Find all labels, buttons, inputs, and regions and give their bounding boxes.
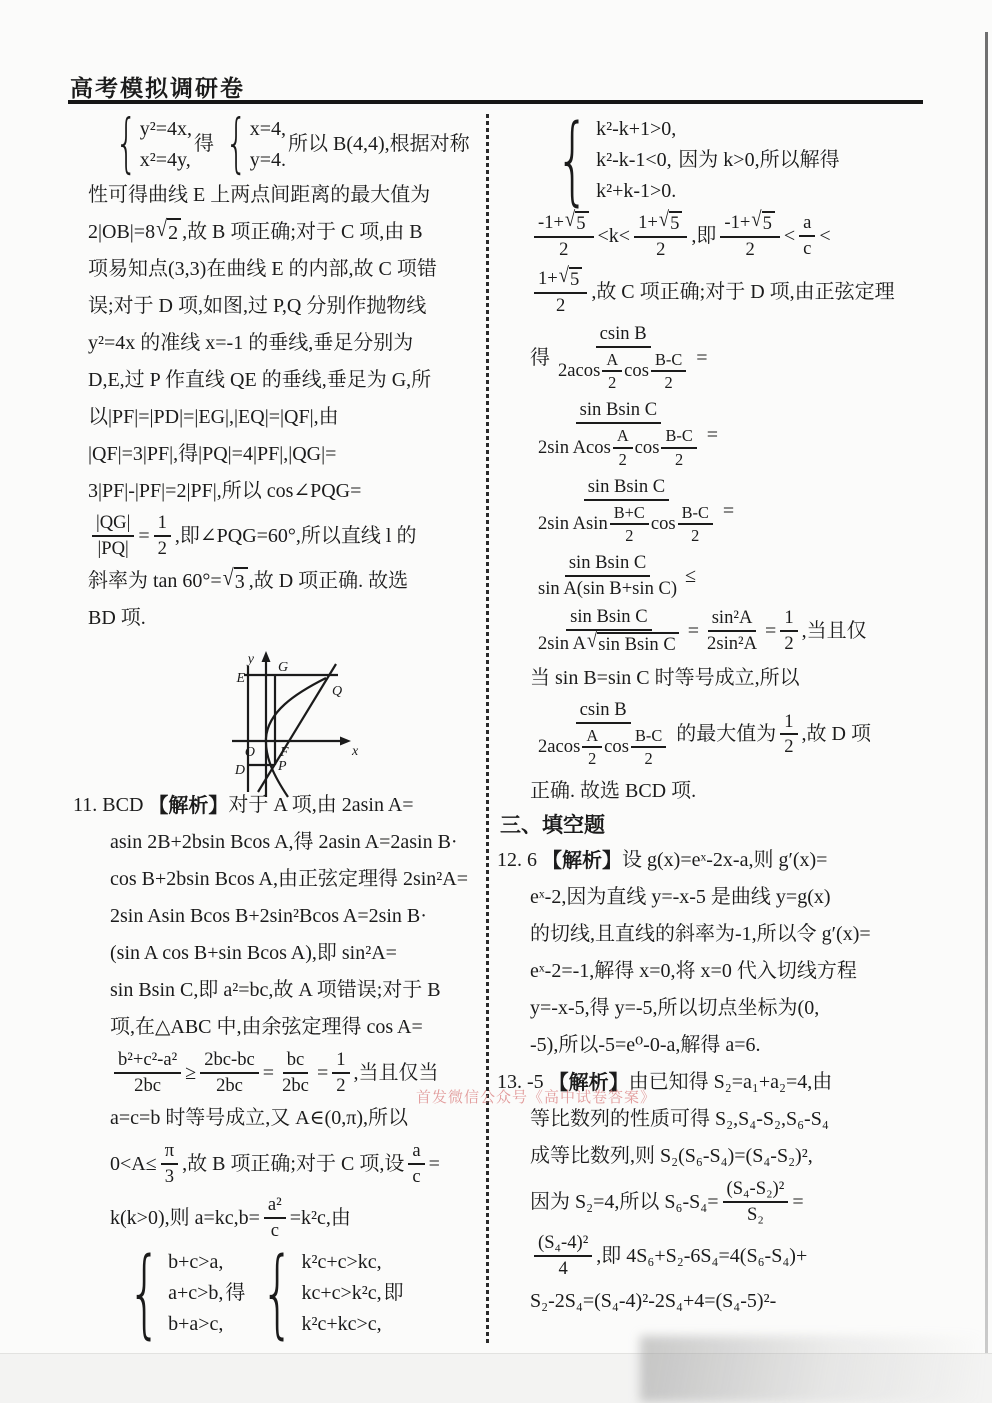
fraction-denominator: 2 — [652, 238, 669, 261]
math-text: ,当且仅 — [802, 618, 867, 644]
fraction-numerator: 1 — [332, 1049, 349, 1074]
fraction: B+C2 — [610, 503, 649, 546]
math-text: 2 — [784, 633, 793, 655]
system-row: y²=4x, — [140, 113, 192, 144]
math-text: 因为 S₂=4,所以 S₆-S₄= — [530, 1189, 719, 1215]
system-row: k²-k+1>0, — [596, 114, 676, 145]
math-text: ,即 4S₆+S₂-6S₄=4(S₆-S₄)+ — [596, 1243, 807, 1269]
figure-label-d: D — [234, 763, 245, 778]
radical-sign: √ — [559, 264, 569, 289]
system-row: k²+k-1>0. — [596, 176, 676, 207]
figure-label-p: P — [277, 759, 287, 774]
fraction-denominator: 2sin AcosA2cosB-C2 — [534, 424, 703, 470]
math-text: |QF|=3|PF|,得|PQ|=4|PF|,|QG|= — [88, 441, 336, 467]
sqrt-body: 5 — [762, 211, 775, 235]
math-text: 2 — [556, 295, 565, 317]
fraction-numerator: B-C — [678, 503, 713, 525]
fraction-denominator: 2 — [780, 735, 797, 758]
math-text: asin 2B+2bsin Bcos A,得 2asin A=2asin B· — [110, 829, 458, 855]
math-text: 2acos — [558, 360, 600, 382]
fraction-numerator: sin²A — [708, 607, 757, 632]
fraction-denominator: 4 — [554, 1257, 571, 1280]
fraction: sin Bsin C2sin AsinB+C2cosB-C2 — [534, 476, 719, 547]
math-text: 2bc — [282, 1075, 309, 1097]
math-text: |QG| — [96, 512, 130, 534]
math-text: 1 — [158, 512, 167, 534]
math-text: sin Bsin C — [588, 476, 666, 498]
math-text: sin Bsin C — [570, 606, 648, 628]
fraction-numerator: a² — [264, 1194, 286, 1219]
system-row: x=4, — [250, 113, 286, 144]
math-text: 性可得曲线 E 上两点间距离的最大值为 — [88, 182, 430, 208]
fraction-numerator: b²+c²-a² — [114, 1049, 181, 1074]
text-line: 项易知点(3,3)在曲线 E 的内部,故 C 项错 — [88, 250, 486, 287]
math-text: 2|OB|=8 — [88, 219, 155, 245]
math-text: a — [412, 1140, 420, 1162]
math-text: y²=4x, — [140, 116, 192, 142]
equation-system: k²c+c>kc,kc+c>k²c,k²c+kc>c, — [247, 1245, 381, 1341]
math-text: sin Bsin C — [569, 552, 647, 574]
text-line: 正确. 故选 BCD 项. — [530, 773, 944, 810]
text-line: y²=4x,x²=4y,得x=4,y=4.所以 B(4,4),根据对称 — [104, 112, 486, 176]
text-line: csin B2acosA2cosB-C2的最大值为12,故 D 项 — [530, 696, 944, 773]
math-text: cos — [624, 360, 649, 382]
math-text: 2 — [691, 526, 699, 545]
fraction: 1+√52 — [634, 211, 687, 261]
math-text: sin Bsin C — [580, 399, 658, 421]
math-text: eˣ-2,因为直线 y=-x-5 是曲线 y=g(x) — [530, 884, 831, 910]
fraction: B-C2 — [651, 350, 686, 393]
figure-label-g: G — [278, 660, 288, 675]
text-line: 2|OB|=8√2,故 B 项正确;对于 C 项,由 B — [88, 213, 486, 250]
math-text: = — [792, 1189, 803, 1215]
fraction-numerator: 1+√5 — [634, 211, 687, 238]
math-text: S₂-2S₄=(S₄-4)²-2S₄+4=(S₄-5)²- — [530, 1288, 776, 1314]
fraction: A2 — [613, 426, 633, 469]
math-text: x=4, — [250, 116, 286, 142]
math-text: A — [617, 426, 629, 445]
fraction-numerator: 1+√5 — [534, 267, 587, 294]
math-text: 1 — [784, 711, 793, 733]
fraction-denominator: 2 — [780, 632, 797, 655]
fraction-numerator: a — [799, 212, 815, 237]
fraction: csin B2acosA2cosB-C2 — [554, 323, 692, 394]
math-text: y²=4x 的准线 x=-1 的垂线,垂足分别为 — [88, 330, 413, 356]
fraction: A2 — [582, 726, 602, 769]
math-text: cos — [635, 437, 660, 459]
text-line: BD 项. — [88, 600, 486, 637]
sqrt-expression: √3 — [223, 567, 248, 595]
text-line: 斜率为 tan 60°=√3,故 D 项正确. 故选 — [88, 563, 486, 600]
text-line: eˣ-2,因为直线 y=-x-5 是曲线 y=g(x) — [530, 879, 944, 916]
fraction: A2 — [602, 350, 622, 393]
math-text: A — [606, 350, 618, 369]
math-text: < — [819, 223, 830, 249]
math-text: 当 sin B=sin C 时等号成立,所以 — [530, 665, 800, 691]
radical-sign: √ — [156, 214, 167, 244]
math-text: 三、填空题 — [500, 812, 605, 839]
fraction-denominator: 2sin A√sin Bsin C — [534, 631, 684, 656]
fraction-denominator: 2acosA2cosB-C2 — [534, 724, 672, 770]
math-text: sin A(sin B+sin C) — [538, 578, 677, 600]
fraction-numerator: sin Bsin C — [576, 399, 662, 424]
math-text: B+C — [614, 503, 645, 522]
fraction-numerator: A — [613, 426, 633, 448]
radical-sign: √ — [751, 208, 761, 233]
text-line: asin 2B+2bsin Bcos A,得 2asin A=2asin B· — [110, 824, 486, 861]
text-line: (S₄-4)²4,即 4S₆+S₂-6S₄=4(S₆-S₄)+ — [530, 1229, 944, 1283]
math-text: ≤ — [685, 563, 696, 589]
sqrt-body: sin Bsin C — [597, 632, 679, 656]
math-text: 斜率为 tan 60°= — [88, 568, 222, 594]
fraction-numerator: B+C — [610, 503, 649, 525]
math-text: (S₄-S₂)² — [727, 1178, 785, 1200]
math-text: 2bc — [134, 1075, 161, 1097]
math-text: y=4. — [250, 147, 286, 173]
math-text: ,故 C 项正确;对于 D 项,由正弦定理 — [591, 279, 894, 305]
math-text: = — [696, 345, 707, 371]
text-line: 成等比数列,则 S₂(S₆-S₄)=(S₄-S₂)², — [530, 1138, 944, 1175]
figure-label-e: E — [235, 671, 245, 686]
fraction-numerator: csin B — [596, 323, 651, 348]
system-row: y=4. — [250, 144, 286, 175]
math-text: k²c+kc>c, — [301, 1311, 381, 1337]
equation-system: k²-k+1>0,k²-k-1<0,k²+k-1>0. — [542, 112, 676, 208]
math-text: = — [429, 1151, 440, 1177]
text-line: 以|PF|=|PD|=|EG|,|EQ|=|QF|,由 — [88, 398, 486, 435]
fraction: B-C2 — [631, 726, 666, 769]
system-rows: x=4,y=4. — [250, 113, 286, 175]
system-row: k²c+c>kc, — [301, 1246, 381, 1277]
math-text: 因为 k>0,所以解得 — [678, 147, 839, 173]
radical-sign: √ — [565, 208, 575, 233]
math-text: 得 — [530, 345, 550, 371]
radical-sign: √ — [587, 629, 597, 654]
math-text: ≥ — [185, 1060, 196, 1086]
math-text: 2 — [608, 373, 616, 392]
text-line: eˣ-2=-1,解得 x=0,将 x=0 代入切线方程 — [530, 953, 944, 990]
system-row: x²=4y, — [140, 144, 191, 175]
text-line: sin Bsin Csin A(sin B+sin C)≤ — [530, 549, 944, 603]
math-text: bc — [287, 1049, 305, 1071]
math-text: 1+ — [638, 212, 658, 234]
math-text: 5 — [670, 213, 679, 234]
math-text: 1 — [784, 607, 793, 629]
math-text: k²c+c>kc, — [301, 1249, 381, 1275]
math-text: BD 项. — [88, 605, 146, 631]
math-text: = — [723, 498, 734, 524]
text-line: sin Bsin C,即 a²=bc,故 A 项错误;对于 B — [110, 972, 486, 1009]
math-text: b+a>c, — [168, 1311, 223, 1337]
math-text: -1+ — [724, 212, 750, 234]
fraction-denominator: 2 — [154, 537, 171, 560]
fraction-denominator: 2 — [687, 525, 703, 545]
sqrt-body: 5 — [669, 211, 682, 235]
fraction: B-C2 — [678, 503, 713, 546]
fraction-numerator: 1 — [780, 607, 797, 632]
fraction: (S₄-4)²4 — [534, 1232, 592, 1280]
math-text: x²=4y, — [140, 147, 191, 173]
math-text: 12. 6 — [497, 847, 542, 873]
math-text: ,故 B 项正确;对于 C 项,设 — [182, 1151, 404, 1177]
math-text: =k²c,由 — [290, 1205, 351, 1231]
text-line: 3|PF|-|PF|=2|PF|,所以 cos∠PQG= — [88, 472, 486, 509]
math-text: = — [138, 523, 149, 549]
fraction: 2bc-bc2bc — [200, 1049, 259, 1097]
math-text: k²-k-1<0, — [596, 147, 672, 173]
fraction-denominator: 2 — [332, 1074, 349, 1097]
figure-label-q: Q — [332, 684, 342, 699]
math-text: 2 — [645, 749, 653, 768]
fraction-numerator: bc — [283, 1049, 309, 1074]
text-line: 当 sin B=sin C 时等号成立,所以 — [530, 659, 944, 696]
math-text: (S₄-4)² — [538, 1232, 588, 1254]
fraction-denominator: 2bc — [278, 1074, 313, 1097]
system-rows: b+c>a,a+c>b,b+a>c, — [168, 1246, 223, 1339]
math-text: 2 — [336, 1075, 345, 1097]
math-text: 2sin Asin — [538, 513, 608, 535]
scan-smudge — [640, 1336, 980, 1402]
fraction-numerator: csin B — [576, 699, 631, 724]
fraction-denominator: c — [799, 237, 815, 260]
fraction-denominator: S₂ — [743, 1203, 768, 1226]
math-text: a+c>b, — [168, 1280, 223, 1306]
text-line: |QG||PQ|=12,即∠PQG=60°,所以直线 l 的 — [88, 509, 486, 563]
fraction: |QG||PQ| — [92, 512, 134, 560]
equation-system: x=4,y=4. — [216, 112, 286, 176]
fraction: 12 — [154, 512, 171, 560]
fraction: ac — [799, 212, 815, 260]
text-line: S₂-2S₄=(S₄-4)²-2S₄+4=(S₄-5)²- — [530, 1283, 944, 1320]
math-text: csin B — [600, 323, 647, 345]
fraction-numerator: B-C — [631, 726, 666, 748]
math-text: 5 — [763, 213, 772, 234]
text-line: (sin A cos B+sin Bcos A),即 sin²A= — [110, 935, 486, 972]
text-line: 因为 S₂=4,所以 S₆-S₄=(S₄-S₂)²S₂= — [530, 1175, 944, 1229]
math-text: 得 — [194, 131, 214, 157]
text-line: 误;对于 D 项,如图,过 P,Q 分别作抛物线 — [88, 287, 486, 324]
math-text: 2 — [745, 239, 754, 261]
math-text: 2sin²A — [707, 633, 757, 655]
math-text: 2 — [559, 239, 568, 261]
fraction: sin Bsin Csin A(sin B+sin C) — [534, 552, 681, 600]
text-line: k(k>0),则 a=kc,b=a²c=k²c,由 — [110, 1191, 486, 1245]
system-rows: k²c+c>kc,kc+c>k²c,k²c+kc>c, — [301, 1246, 381, 1339]
math-text: 2sin Asin Bcos B+2sin²Bcos A=2sin B· — [110, 903, 427, 929]
math-text: ,即 — [691, 223, 716, 249]
fraction-denominator: 2 — [615, 449, 631, 469]
fraction-denominator: 2 — [641, 748, 657, 768]
fraction-denominator: 2 — [604, 372, 620, 392]
text-line: b+c>a,a+c>b,b+a>c,得k²c+c>kc,kc+c>k²c,k²c… — [112, 1245, 486, 1341]
figure-label-x: x — [351, 744, 359, 759]
fraction: ac — [408, 1140, 424, 1188]
math-text: 项易知点(3,3)在曲线 E 的内部,故 C 项错 — [88, 256, 437, 282]
math-text: 以|PF|=|PD|=|EG|,|EQ|=|QF|,由 — [88, 404, 339, 430]
math-text: 由已知得 S₂=a₁+a₂=4,由 — [629, 1069, 833, 1095]
math-text: a=c=b 时等号成立,又 A∈(0,π),所以 — [110, 1105, 408, 1131]
math-text: ,故 D 项 — [802, 721, 871, 747]
text-line: 的切线,且直线的斜率为-1,所以令 g′(x)= — [530, 916, 944, 953]
fraction-numerator: A — [602, 350, 622, 372]
math-text: cos — [604, 736, 629, 758]
text-line: 得csin B2acosA2cosB-C2= — [530, 320, 944, 397]
system-rows: k²-k+1>0,k²-k-1<0,k²+k-1>0. — [596, 114, 676, 207]
system-row: b+a>c, — [168, 1308, 223, 1339]
math-text: 2 — [168, 222, 178, 244]
fraction-numerator: sin Bsin C — [566, 606, 652, 631]
fraction-numerator: sin Bsin C — [584, 476, 670, 501]
fraction: sin Bsin C2sin A√sin Bsin C — [534, 606, 684, 656]
math-text: = — [765, 618, 776, 644]
math-text: 误;对于 D 项,如图,过 P,Q 分别作抛物线 — [88, 293, 426, 319]
math-text: 2 — [656, 239, 665, 261]
math-text: 2 — [675, 450, 683, 469]
system-row: k²c+kc>c, — [301, 1308, 381, 1339]
math-text: 2 — [784, 736, 793, 758]
fraction-numerator: -1+√5 — [720, 211, 780, 238]
math-text: a — [803, 212, 811, 234]
text-line: -5),所以-5=e⁰-0-a,解得 a=6. — [530, 1027, 944, 1064]
text-line: y=-x-5,得 y=-5,所以切点坐标为(0, — [530, 990, 944, 1027]
system-row: a+c>b, — [168, 1277, 223, 1308]
math-text: 得 — [225, 1280, 245, 1306]
fraction-numerator: B-C — [661, 426, 696, 448]
math-text: 2bc — [216, 1075, 243, 1097]
math-text: 2 — [665, 373, 673, 392]
fraction-denominator: 3 — [161, 1165, 178, 1188]
sqrt-expression: √5 — [559, 267, 583, 291]
fraction-numerator: (S₄-4)² — [534, 1232, 592, 1257]
radical-sign: √ — [659, 208, 669, 233]
text-line: cos B+2bsin Bcos A,由正弦定理得 2sin²A= — [110, 861, 486, 898]
fraction-numerator: sin Bsin C — [565, 552, 651, 577]
text-line: 项,在△ABC 中,由余弦定理得 cos A= — [110, 1009, 486, 1046]
math-text: ,故 D 项正确. 故选 — [249, 568, 408, 594]
header-rule — [68, 100, 923, 104]
math-text: B-C — [665, 426, 692, 445]
fraction-numerator: B-C — [651, 350, 686, 372]
figure-label-o: O — [245, 745, 255, 760]
fraction-denominator: |PQ| — [94, 537, 133, 560]
math-text: B-C — [682, 503, 709, 522]
text-line: |QF|=3|PF|,得|PQ|=4|PF|,|QG|= — [88, 435, 486, 472]
text-line: D,E,过 P 作直线 QE 的垂线,垂足为 G,所 — [88, 361, 486, 398]
system-row: k²-k-1<0, — [596, 145, 672, 176]
math-text: 2sin Acos — [538, 437, 611, 459]
figure-drawing — [232, 651, 351, 797]
math-text: cos — [651, 513, 676, 535]
math-text: y=-x-5,得 y=-5,所以切点坐标为(0, — [530, 995, 819, 1021]
fraction-numerator: a — [408, 1140, 424, 1165]
math-text: B-C — [655, 350, 682, 369]
fraction-numerator: |QG| — [92, 512, 134, 537]
fraction-denominator: 2 — [741, 238, 758, 261]
column-divider — [486, 114, 489, 1346]
fraction-numerator: 2bc-bc — [200, 1049, 259, 1074]
bold-text: 【解析】 — [542, 847, 622, 873]
equation-system: b+c>a,a+c>b,b+a>c, — [114, 1245, 223, 1341]
math-text: (sin A cos B+sin Bcos A),即 sin²A= — [110, 940, 397, 966]
math-text: = — [688, 618, 699, 644]
math-text: sin Bsin C — [598, 634, 676, 655]
math-text: -5),所以-5=e⁰-0-a,解得 a=6. — [530, 1032, 761, 1058]
fraction: a²c — [264, 1194, 286, 1242]
text-line: 0<A≤π3,故 B 项正确;对于 C 项,设ac= — [110, 1137, 486, 1191]
fraction: 12 — [332, 1049, 349, 1097]
math-text: ,故 B 项正确;对于 C 项,由 B — [182, 219, 423, 245]
math-text: 11. BCD — [73, 792, 148, 818]
math-text: 的最大值为 — [676, 721, 776, 747]
math-text: 正确. 故选 BCD 项. — [530, 778, 696, 804]
math-text: = — [263, 1060, 274, 1086]
text-line: sin Bsin C2sin AcosA2cosB-C2= — [530, 396, 944, 473]
watermark: 首发微信公众号《高中试卷答案》 — [416, 1086, 656, 1107]
math-text: b+c>a, — [168, 1249, 223, 1275]
sqrt-body: 3 — [234, 567, 248, 595]
text-line: sin Bsin C2sin AsinB+C2cosB-C2= — [530, 473, 944, 550]
math-text: kc+c>k²c, — [301, 1280, 381, 1306]
math-text: 即 — [384, 1280, 404, 1306]
text-line: 12. 6 【解析】设 g(x)=eˣ-2x-a,则 g′(x)= — [497, 842, 944, 879]
math-text: 4 — [558, 1258, 567, 1280]
figure-label-y: y — [246, 652, 255, 667]
fraction-denominator: 2 — [552, 294, 569, 317]
math-text: = — [317, 1060, 328, 1086]
scan-edge-artifact — [985, 32, 988, 1403]
math-text: 3 — [235, 571, 245, 593]
text-line: sin Bsin C2sin A√sin Bsin C=sin²A2sin²A=… — [530, 603, 944, 659]
math-text: S₂ — [747, 1204, 764, 1226]
section-heading: 三、填空题 — [500, 810, 944, 842]
system-rows: y²=4x,x²=4y, — [140, 113, 192, 175]
math-text: cos B+2bsin Bcos A,由正弦定理得 2sin²A= — [110, 866, 468, 892]
math-text: = — [707, 422, 718, 448]
text-line: k²-k+1>0,k²-k-1<0,k²+k-1>0.因为 k>0,所以解得 — [540, 112, 944, 208]
math-text: < — [784, 223, 795, 249]
fraction-denominator: 2 — [555, 238, 572, 261]
fraction: -1+√52 — [534, 211, 594, 261]
fraction-denominator: 2sin²A — [703, 632, 761, 655]
math-text: sin Bsin C,即 a²=bc,故 A 项错误;对于 B — [110, 977, 441, 1003]
math-text: 1+ — [538, 268, 558, 290]
math-text: eˣ-2=-1,解得 x=0,将 x=0 代入切线方程 — [530, 958, 857, 984]
equation-system: y²=4x,x²=4y, — [106, 112, 192, 176]
fraction: bc2bc — [278, 1049, 313, 1097]
page: 高考模拟调研卷 y²=4x,x²=4y,得x=4,y=4.所以 B(4,4),根… — [0, 0, 992, 1403]
math-text: A — [586, 726, 598, 745]
system-row: kc+c>k²c, — [301, 1277, 381, 1308]
sqrt-body: 2 — [167, 218, 181, 246]
right-column: k²-k+1>0,k²-k-1<0,k²+k-1>0.因为 k>0,所以解得-1… — [530, 112, 944, 1320]
text-line: 性可得曲线 E 上两点间距离的最大值为 — [88, 176, 486, 213]
fraction: B-C2 — [661, 426, 696, 469]
math-text: b²+c²-a² — [118, 1049, 177, 1071]
math-text: 项,在△ABC 中,由余弦定理得 cos A= — [110, 1014, 423, 1040]
math-text: 2acos — [538, 736, 580, 758]
math-text: 3 — [165, 1166, 174, 1188]
math-text: 的切线,且直线的斜率为-1,所以令 g′(x)= — [530, 921, 871, 947]
math-text: k(k>0),则 a=kc,b= — [110, 1205, 260, 1231]
fraction: 12 — [780, 711, 797, 759]
math-text: <k< — [598, 223, 631, 249]
math-text: D,E,过 P 作直线 QE 的垂线,垂足为 G,所 — [88, 367, 431, 393]
fraction-numerator: π — [161, 1140, 178, 1165]
fraction-denominator: 2bc — [212, 1074, 247, 1097]
math-text: 5 — [576, 213, 585, 234]
math-text: c — [412, 1166, 420, 1188]
sqrt-expression: √5 — [659, 211, 683, 235]
